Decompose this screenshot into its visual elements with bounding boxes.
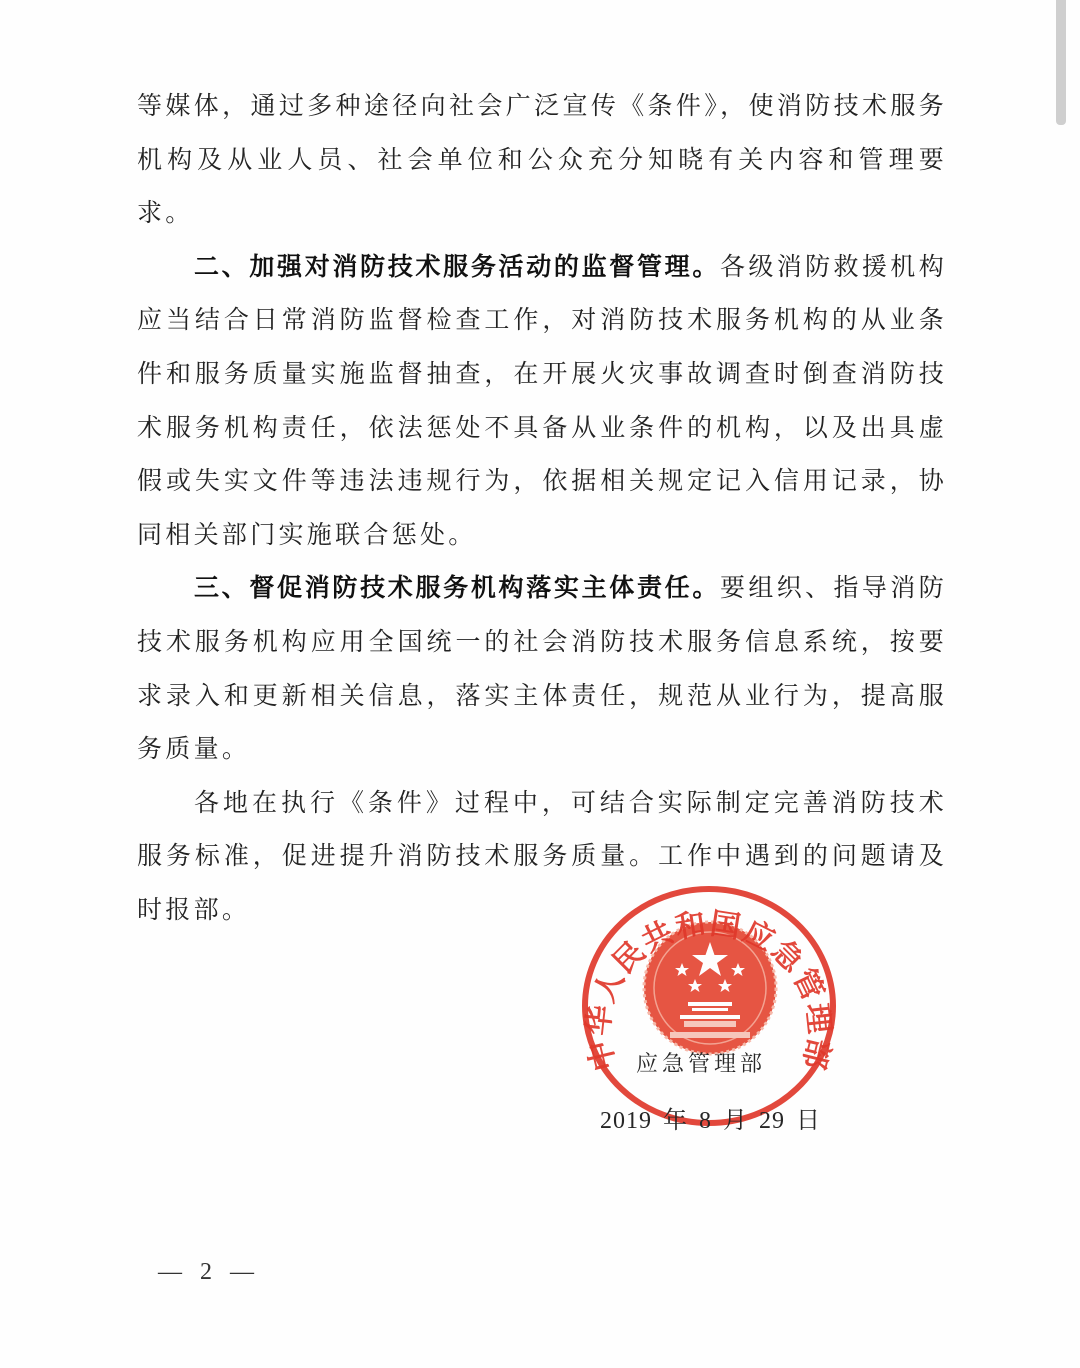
official-seal: 中华人民共和国应急管理部 bbox=[580, 884, 838, 1128]
paragraph-responsibility: 三、督促消防技术服务机构落实主体责任。要组织、指导消防技术服务机构应用全国统一的… bbox=[137, 561, 947, 775]
paragraph-text: 各级消防救援机构应当结合日常消防监督检查工作，对消防技术服务机构的从业条件和服务… bbox=[137, 252, 947, 549]
paragraph-text: 等媒体，通过多种途径向社会广泛宣传《条件》，使消防技术服务机构及从业人员、社会单… bbox=[137, 91, 947, 227]
section-heading-supervision: 二、加强对消防技术服务活动的监督管理。 bbox=[194, 252, 720, 281]
document-page: 等媒体，通过多种途径向社会广泛宣传《条件》，使消防技术服务机构及从业人员、社会单… bbox=[0, 0, 1080, 1368]
document-body: 等媒体，通过多种途径向社会广泛宣传《条件》，使消防技术服务机构及从业人员、社会单… bbox=[137, 79, 947, 937]
official-seal-icon: 中华人民共和国应急管理部 bbox=[580, 884, 838, 1128]
vertical-scrollbar[interactable] bbox=[1056, 0, 1066, 125]
issue-date: 2019 年 8 月 29 日 bbox=[600, 1100, 821, 1135]
paragraph-supervision: 二、加强对消防技术服务活动的监督管理。各级消防救援机构应当结合日常消防监督检查工… bbox=[137, 240, 947, 562]
page-number: — 2 — bbox=[158, 1259, 260, 1286]
section-heading-responsibility: 三、督促消防技术服务机构落实主体责任。 bbox=[194, 573, 720, 602]
issuer-name: 应急管理部 bbox=[636, 1047, 766, 1078]
paragraph-publicity: 等媒体，通过多种途径向社会广泛宣传《条件》，使消防技术服务机构及从业人员、社会单… bbox=[137, 79, 947, 240]
